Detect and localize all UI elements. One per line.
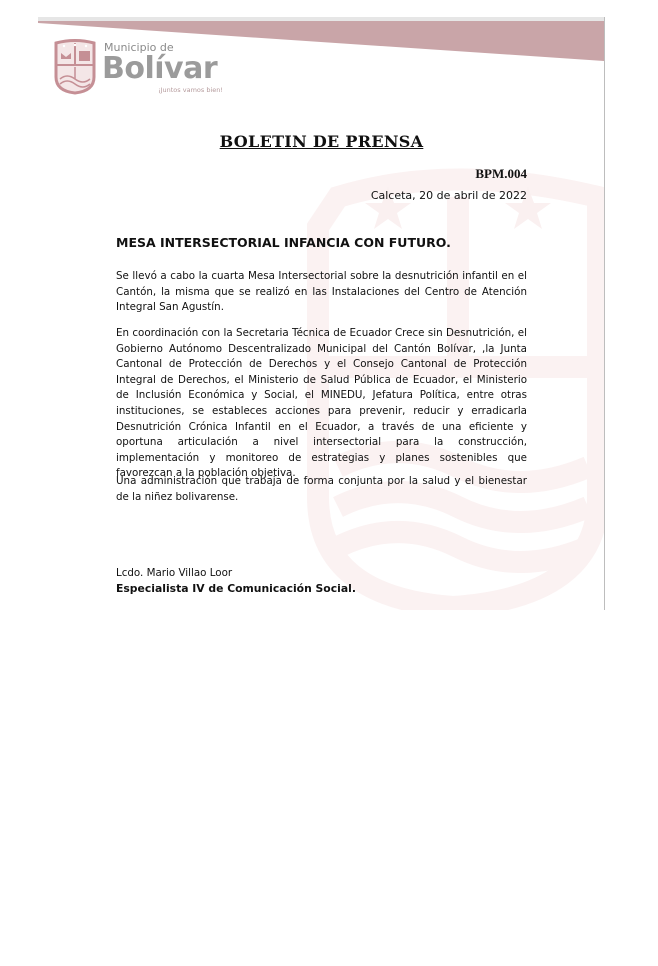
logo-tagline: ¡Juntos vamos bien! <box>158 86 223 94</box>
signature-name: Lcdo. Mario Villao Loor <box>116 567 232 579</box>
document-date: Calceta, 20 de abril de 2022 <box>371 189 527 202</box>
news-heading: MESA INTERSECTORIAL INFANCIA CON FUTURO. <box>116 235 451 250</box>
municipal-shield-icon <box>52 39 98 95</box>
document-title: BOLETIN DE PRENSA <box>38 132 605 151</box>
paragraph-3: Una administración que trabaja de forma … <box>116 474 527 505</box>
paragraph-1: Se llevó a cabo la cuarta Mesa Intersect… <box>116 269 527 316</box>
page-right-border <box>604 17 605 610</box>
signature-role: Especialista IV de Comunicación Social. <box>116 582 356 595</box>
municipio-logo: Municipio de Bolívar ¡Juntos vamos bien! <box>52 39 232 95</box>
logo-line2: Bolívar <box>102 51 217 86</box>
document-reference: BPM.004 <box>475 166 527 182</box>
document-page: Municipio de Bolívar ¡Juntos vamos bien!… <box>38 17 605 610</box>
paragraph-2: En coordinación con la Secretaria Técnic… <box>116 326 527 482</box>
